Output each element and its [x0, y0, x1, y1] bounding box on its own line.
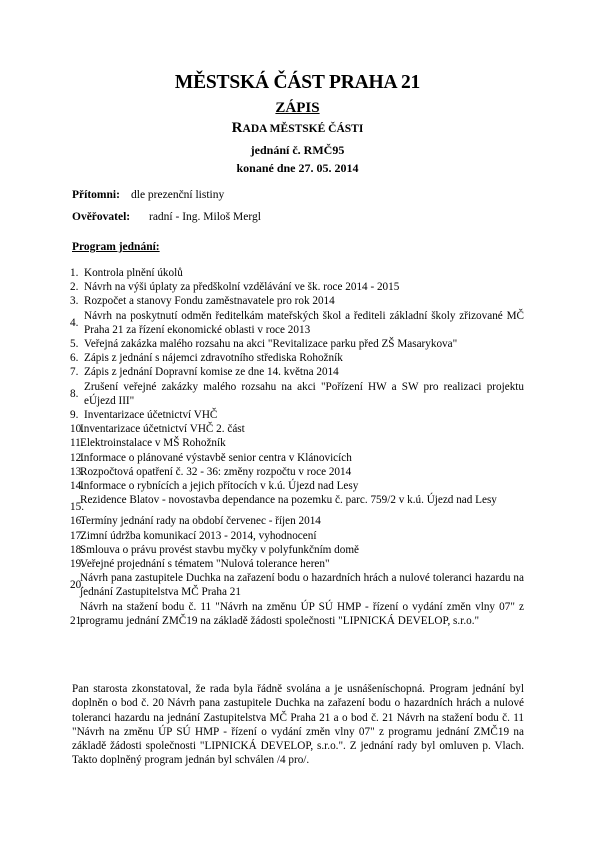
- meeting-number: jednání č. RMČ95: [0, 143, 595, 158]
- agenda-item-number: 20.: [70, 571, 80, 599]
- agenda-item: 18.Smlouva o právu provést stavbu myčky …: [70, 543, 524, 557]
- document-type: ZÁPIS: [0, 100, 595, 117]
- agenda-item: 3.Rozpočet a stanovy Fondu zaměstnavatel…: [70, 294, 524, 308]
- agenda-list: 1.Kontrola plnění úkolů2.Návrh na výši ú…: [70, 266, 524, 628]
- agenda-item-text: Návrh na stažení bodu č. 11 "Návrh na zm…: [80, 600, 524, 628]
- agenda-item-number: 5.: [70, 337, 84, 351]
- agenda-item-number: 12.: [70, 451, 80, 465]
- agenda-item-number: 19.: [70, 557, 80, 571]
- statement-paragraph: Pan starosta zkonstatoval, že rada byla …: [72, 682, 524, 768]
- agenda-item: 1.Kontrola plnění úkolů: [70, 266, 524, 280]
- agenda-item-number: 9.: [70, 408, 84, 422]
- agenda-item: 19.Veřejné projednání s tématem "Nulová …: [70, 557, 524, 571]
- agenda-item-number: 18.: [70, 543, 80, 557]
- agenda-item: 12.Informace o plánované výstavbě senior…: [70, 451, 524, 465]
- agenda-item-text: Zimní údržba komunikací 2013 - 2014, vyh…: [80, 529, 524, 543]
- agenda-item-text: Informace o rybnících a jejich přítocích…: [80, 479, 524, 493]
- agenda-item: 9.Inventarizace účetnictví VHČ: [70, 408, 524, 422]
- agenda-item: 17.Zimní údržba komunikací 2013 - 2014, …: [70, 529, 524, 543]
- council-title-rest: ADA MĚSTSKÉ ČÁSTI: [243, 123, 364, 135]
- agenda-item: 6.Zápis z jednání s nájemci zdravotního …: [70, 351, 524, 365]
- agenda-item-text: Rezidence Blatov - novostavba dependance…: [80, 493, 524, 514]
- agenda-item-text: Elektroinstalace v MŠ Rohožník: [80, 436, 524, 450]
- document-page: MĚSTSKÁ ČÁST PRAHA 21 ZÁPIS RADA MĚSTSKÉ…: [0, 0, 595, 842]
- agenda-item: 10.Inventarizace účetnictví VHČ 2. část: [70, 422, 524, 436]
- municipality-title: MĚSTSKÁ ČÁST PRAHA 21: [0, 72, 595, 94]
- agenda-item-text: Návrh pana zastupitele Duchka na zařazen…: [80, 571, 524, 599]
- agenda-item-text: Zápis z jednání s nájemci zdravotního st…: [84, 351, 524, 365]
- agenda-item-number: 17.: [70, 529, 80, 543]
- attendance-value: dle prezenční listiny: [131, 189, 224, 201]
- agenda-item-text: Veřejná zakázka malého rozsahu na akci "…: [84, 337, 524, 351]
- agenda-item: 15.Rezidence Blatov - novostavba dependa…: [70, 493, 524, 514]
- agenda-item-number: 1.: [70, 266, 84, 280]
- agenda-item: 8.Zrušení veřejné zakázky malého rozsahu…: [70, 380, 524, 408]
- verifier-value: radní - Ing. Miloš Mergl: [149, 211, 261, 223]
- agenda-item-number: 6.: [70, 351, 84, 365]
- verifier-row: Ověřovatel: radní - Ing. Miloš Mergl: [72, 211, 130, 223]
- agenda-item: 14.Informace o rybnících a jejich přítoc…: [70, 479, 524, 493]
- agenda-item-text: Inventarizace účetnictví VHČ: [84, 408, 524, 422]
- agenda-item-number: 3.: [70, 294, 84, 308]
- program-heading: Program jednání:: [72, 241, 160, 253]
- agenda-item-text: Veřejné projednání s tématem "Nulová tol…: [80, 557, 524, 571]
- agenda-item-number: 14.: [70, 479, 80, 493]
- council-title-initial: R: [232, 120, 243, 136]
- agenda-item-text: Návrh na výši úplaty za předškolní vzděl…: [84, 280, 524, 294]
- agenda-item-text: Rozpočtová opatření č. 32 - 36: změny ro…: [80, 465, 524, 479]
- agenda-item: 20.Návrh pana zastupitele Duchka na zařa…: [70, 571, 524, 599]
- agenda-item: 11.Elektroinstalace v MŠ Rohožník: [70, 436, 524, 450]
- meeting-date: konané dne 27. 05. 2014: [0, 161, 595, 176]
- agenda-item: 16.Termíny jednání rady na období červen…: [70, 514, 524, 528]
- agenda-item-text: Termíny jednání rady na období červenec …: [80, 514, 524, 528]
- agenda-item: 13.Rozpočtová opatření č. 32 - 36: změny…: [70, 465, 524, 479]
- agenda-item-text: Rozpočet a stanovy Fondu zaměstnavatele …: [84, 294, 524, 308]
- agenda-item-text: Informace o plánované výstavbě senior ce…: [80, 451, 524, 465]
- agenda-item-number: 13.: [70, 465, 80, 479]
- agenda-item-number: 10.: [70, 422, 80, 436]
- agenda-item-text: Zápis z jednání Dopravní komise ze dne 1…: [84, 365, 524, 379]
- council-title: RADA MĚSTSKÉ ČÁSTI: [0, 120, 595, 137]
- agenda-item-text: Návrh na poskytnutí odměn ředitelkám mat…: [84, 309, 524, 337]
- attendance-row: Přítomni: dle prezenční listiny: [72, 189, 120, 201]
- agenda-item: 4.Návrh na poskytnutí odměn ředitelkám m…: [70, 309, 524, 337]
- agenda-item-number: 21.: [70, 600, 80, 628]
- agenda-item-text: Kontrola plnění úkolů: [84, 266, 524, 280]
- agenda-item-number: 8.: [70, 380, 84, 408]
- agenda-item: 2.Návrh na výši úplaty za předškolní vzd…: [70, 280, 524, 294]
- agenda-item-text: Zrušení veřejné zakázky malého rozsahu n…: [84, 380, 524, 408]
- attendance-label: Přítomni:: [72, 189, 120, 201]
- agenda-item-number: 11.: [70, 436, 80, 450]
- agenda-item: 5.Veřejná zakázka malého rozsahu na akci…: [70, 337, 524, 351]
- agenda-item-text: Inventarizace účetnictví VHČ 2. část: [80, 422, 524, 436]
- agenda-item-number: 7.: [70, 365, 84, 379]
- agenda-item: 21.Návrh na stažení bodu č. 11 "Návrh na…: [70, 600, 524, 628]
- agenda-item-number: 4.: [70, 309, 84, 337]
- agenda-item-number: 15.: [70, 493, 80, 514]
- agenda-item-number: 2.: [70, 280, 84, 294]
- agenda-item-text: Smlouva o právu provést stavbu myčky v p…: [80, 543, 524, 557]
- agenda-item-number: 16.: [70, 514, 80, 528]
- verifier-label: Ověřovatel:: [72, 211, 130, 223]
- agenda-item: 7.Zápis z jednání Dopravní komise ze dne…: [70, 365, 524, 379]
